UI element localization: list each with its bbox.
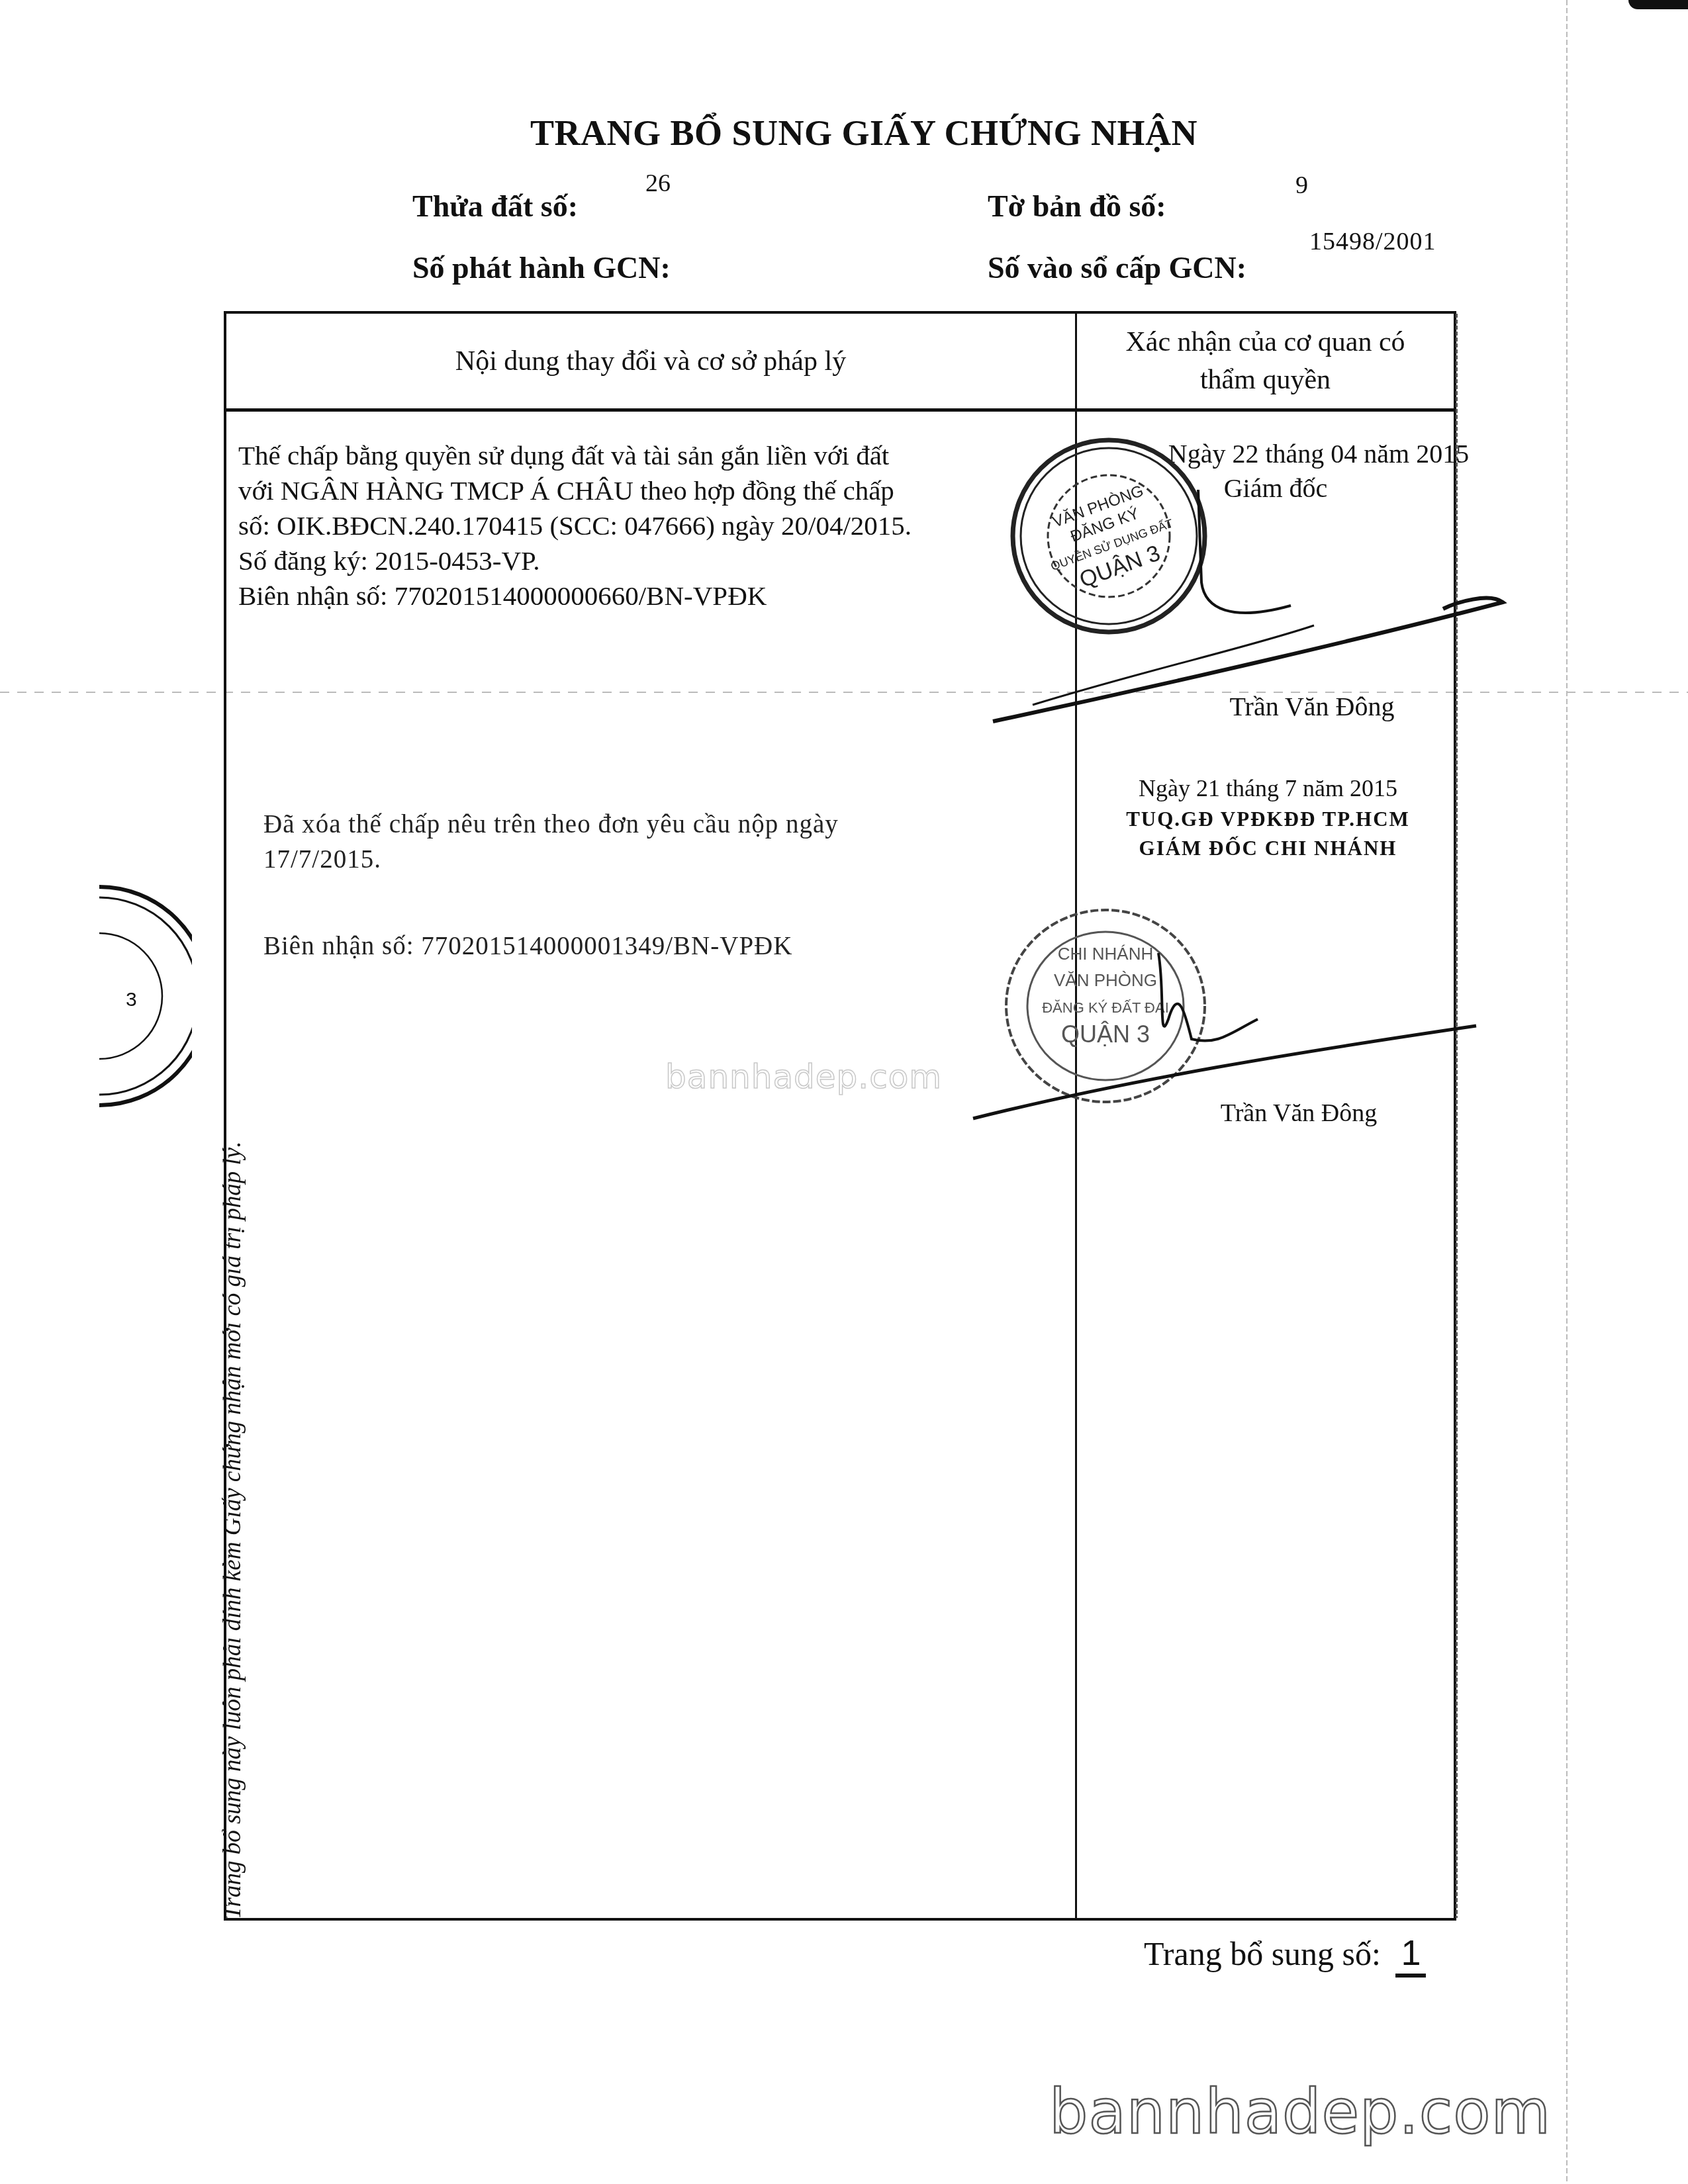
entry1-confirm-title: Giám đốc xyxy=(1133,473,1418,504)
header-right-line1: Xác nhận của cơ quan có xyxy=(1125,324,1405,361)
header-left-text: Nội dung thay đổi và cơ sở pháp lý xyxy=(455,345,846,377)
entry1-confirm-date: Ngày 22 tháng 04 năm 2015 xyxy=(1153,438,1484,469)
entry1-line: với NGÂN HÀNG TMCP Á CHÂU theo hợp đồng … xyxy=(238,473,1072,508)
registry-value: 15498/2001 xyxy=(1309,227,1436,256)
header-divider xyxy=(226,408,1454,412)
header-right-line2: thẩm quyền xyxy=(1125,361,1405,399)
entry2-confirm-org: TUQ.GĐ VPĐKĐĐ TP.HCM xyxy=(1077,807,1459,831)
watermark-bottom: bannhadep.com xyxy=(1049,2077,1551,2148)
watermark-center: bannhadep.com xyxy=(665,1058,942,1096)
document-title: TRANG BỔ SUNG GIẤY CHỨNG NHẬN xyxy=(0,113,1688,154)
margin-seal-icon: 3 xyxy=(99,874,192,1112)
attachment-note: Trang bổ sung này luôn phải đính kèm Giấ… xyxy=(218,1141,247,1919)
header-content-change: Nội dung thay đổi và cơ sở pháp lý xyxy=(226,314,1075,408)
entry2-signer-name: Trần Văn Đông xyxy=(1140,1099,1458,1128)
title-text: TRANG BỔ SUNG GIẤY CHỨNG NHẬN xyxy=(530,113,1197,153)
supplement-page-number: Trang bổ sung số: 1 xyxy=(1144,1933,1426,1978)
entry-mortgage: Thế chấp bằng quyền sử dụng đất và tài s… xyxy=(238,438,1072,614)
column-divider xyxy=(1075,314,1077,1918)
map-sheet-label: Tờ bản đồ số: xyxy=(988,189,1166,224)
issue-no-label: Số phát hành GCN: xyxy=(412,250,671,285)
entry2-line: Đã xóa thế chấp nêu trên theo đơn yêu cầ… xyxy=(263,807,1071,842)
entry1-signer-name: Trần Văn Đông xyxy=(1140,691,1484,722)
entry1-line: số: OIK.BĐCN.240.170415 (SCC: 047666) ng… xyxy=(238,508,1072,543)
entry2-confirm-title: GIÁM ĐỐC CHI NHÁNH xyxy=(1077,837,1459,860)
entry1-line: Biên nhận số: 770201514000000660/BN-VPĐK xyxy=(238,578,1072,614)
page-number-value: 1 xyxy=(1395,1933,1426,1978)
entry1-line: Thế chấp bằng quyền sử dụng đất và tài s… xyxy=(238,438,1072,473)
parcel-value: 26 xyxy=(645,169,671,198)
change-table: Nội dung thay đổi và cơ sở pháp lý Xác n… xyxy=(224,311,1456,1921)
entry2-confirm-date: Ngày 21 tháng 7 năm 2015 xyxy=(1077,774,1459,802)
entry2-line: 17/7/2015. xyxy=(263,842,1071,877)
header-authority-confirm: Xác nhận của cơ quan có thẩm quyền xyxy=(1077,314,1454,408)
svg-text:3: 3 xyxy=(126,989,137,1011)
parcel-label: Thửa đất số: xyxy=(412,189,578,224)
registry-label: Số vào sổ cấp GCN: xyxy=(988,250,1246,285)
map-sheet-value: 9 xyxy=(1295,171,1308,200)
entry1-line: Số đăng ký: 2015-0453-VP. xyxy=(238,543,1072,578)
entry2-receipt: Biên nhận số: 770201514000001349/BN-VPĐK xyxy=(263,929,1071,964)
page-label: Trang bổ sung số: xyxy=(1144,1935,1381,1972)
scan-artifact-vline xyxy=(1566,0,1568,2184)
scan-corner xyxy=(1628,0,1688,9)
entry-mortgage-release: Đã xóa thế chấp nêu trên theo đơn yêu cầ… xyxy=(263,807,1071,964)
